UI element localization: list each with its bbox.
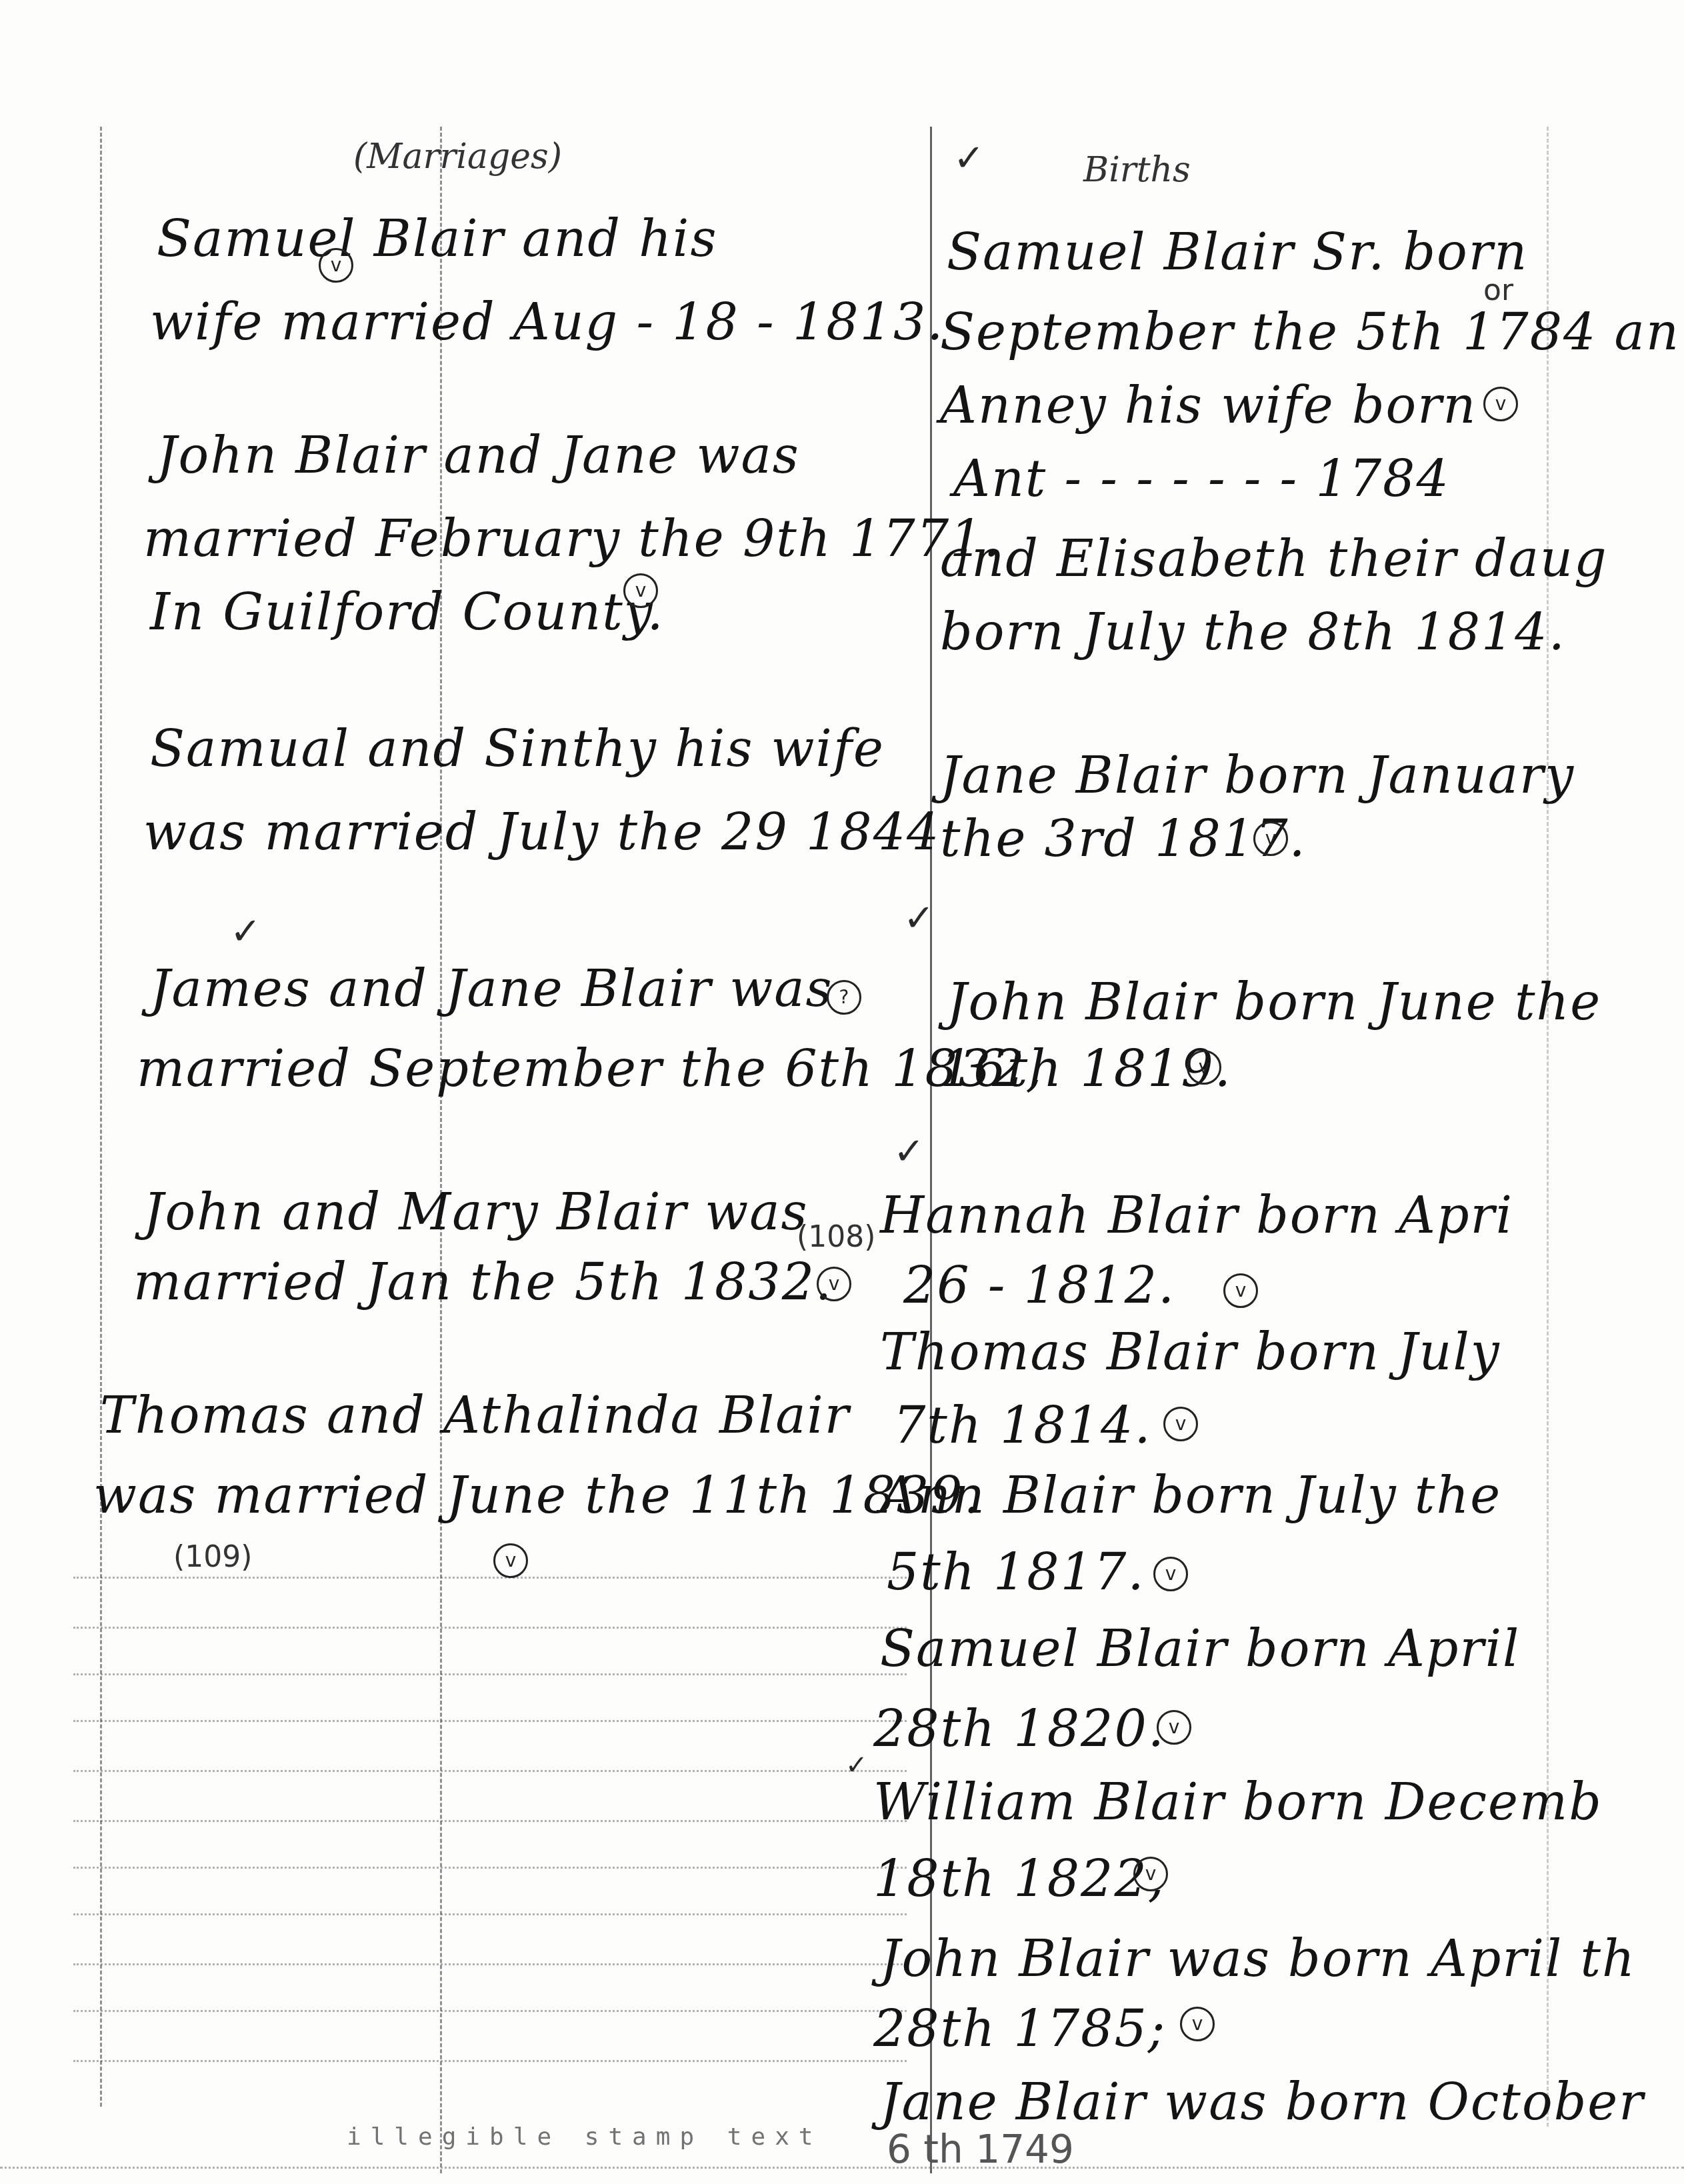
- check-circle-icon: v: [623, 573, 658, 608]
- marriage-entry-4-line-2: married September the 6th 1832,: [137, 1043, 1043, 1094]
- birth-entry-1-line-3: Anney his wife born: [940, 380, 1477, 431]
- marriage-entry-2-line-2: married February the 9th 1771.: [143, 513, 1001, 564]
- check-circle-icon: v: [1153, 1557, 1188, 1591]
- birth-entry-6-line-2: 5th 1817.: [887, 1547, 1145, 1597]
- birth-entry-8-line-2: 18th 1822,: [873, 1853, 1165, 1904]
- birth-entry-3-line-1: John Blair born June the: [947, 977, 1601, 1027]
- birth-entry-1-line-6: born July the 8th 1814.: [940, 607, 1566, 657]
- check-circle-icon: v: [1180, 2007, 1215, 2041]
- birth-entry-1-line-4: Ant - - - - - - - 1784: [953, 453, 1450, 504]
- page-edge-line: [0, 2167, 1684, 2169]
- check-circle-icon: v: [1133, 1857, 1168, 1891]
- birth-entry-9-line-1: John Blair was born April th: [880, 1933, 1636, 1984]
- birth-entry-7-line-1: Samuel Blair born April: [880, 1623, 1520, 1674]
- page-reference-note: (108): [797, 1220, 875, 1254]
- birth-entry-4-line-1: Hannah Blair born Apri: [880, 1190, 1513, 1241]
- marriage-entry-2-line-1: John Blair and Jane was: [157, 430, 800, 481]
- check-circle-icon: v: [1157, 1710, 1191, 1745]
- check-circle-icon: v: [319, 248, 353, 283]
- marriage-entry-1-line-1: Samuel Blair and his: [157, 213, 717, 264]
- birth-entry-8-line-1: William Blair born Decemb: [873, 1777, 1603, 1827]
- birth-entry-6-line-1: Ann Blair born July the: [880, 1470, 1501, 1521]
- checkmark-icon: ✓: [893, 1130, 925, 1173]
- marriage-entry-4-line-1: James and Jane Blair was: [150, 963, 833, 1014]
- birth-entry-7-line-2: 28th 1820.: [873, 1703, 1165, 1754]
- birth-entry-2-line-1: Jane Blair born January: [940, 750, 1575, 801]
- marriage-entry-2-line-3: In Guilford County.: [150, 587, 665, 637]
- births-heading: Births: [1083, 150, 1191, 190]
- birth-entry-9-line-2: 28th 1785;: [873, 2003, 1166, 2054]
- marriage-entry-5-line-2: married Jan the 5th 1832.: [133, 1257, 833, 1307]
- birth-entry-1-line-2: September the 5th 1784 an: [940, 307, 1680, 357]
- marriage-entry-3-line-2: was married July the 29 1844: [143, 807, 940, 857]
- check-circle-icon: v: [1163, 1407, 1198, 1441]
- check-circle-icon: v: [1223, 1273, 1258, 1308]
- check-circle-icon: v: [817, 1267, 851, 1301]
- checkmark-icon: ✓: [230, 910, 261, 953]
- ruled-line: [73, 1577, 907, 1579]
- birth-entry-4-line-2: 26 - 1812.: [903, 1260, 1175, 1311]
- photocopy-stamp: illegible stamp text: [347, 2123, 822, 2151]
- birth-entry-2-line-2: the 3rd 1817.: [940, 813, 1307, 864]
- ruled-line: [73, 1720, 907, 1722]
- birth-entry-1-line-1: Samuel Blair Sr. born: [947, 227, 1528, 277]
- checkmark-icon: ✓: [845, 1750, 868, 1781]
- ruled-line: [73, 1913, 907, 1915]
- ruled-line: [73, 1770, 907, 1772]
- checkmark-icon: ✓: [953, 137, 985, 180]
- marriages-heading: (Marriages): [353, 137, 562, 177]
- left-margin-line: [100, 127, 102, 2107]
- birth-entry-5-line-1: Thomas Blair born July: [880, 1327, 1501, 1377]
- check-circle-icon: v: [493, 1543, 528, 1578]
- ruled-line: [73, 1627, 907, 1629]
- ruled-line: [73, 2060, 907, 2062]
- marriage-entry-6-line-1: Thomas and Athalinda Blair: [100, 1390, 850, 1441]
- ruled-line: [73, 1963, 907, 1965]
- ruled-line: [73, 1867, 907, 1869]
- marriage-entry-1-line-2: wife married Aug - 18 - 1813.: [150, 297, 945, 347]
- check-circle-icon: v: [1253, 821, 1288, 856]
- check-circle-icon: v: [1483, 387, 1518, 421]
- ruled-line: [73, 1820, 907, 1822]
- birth-entry-5-line-2: 7th 1814.: [893, 1400, 1152, 1451]
- check-circle-icon: v: [1187, 1050, 1221, 1085]
- marriage-entry-6-line-2: was married June the 11th 1839.: [93, 1470, 981, 1521]
- checkmark-icon: ✓: [903, 897, 935, 940]
- page-reference-note: (109): [173, 1540, 252, 1574]
- question-circle-icon: ?: [827, 980, 861, 1015]
- ruled-line: [73, 2010, 907, 2012]
- pencil-date-addition: 6 th 1749: [887, 2127, 1074, 2172]
- ruled-line: [73, 1673, 907, 1675]
- marriage-entry-5-line-1: John and Mary Blair was: [143, 1187, 809, 1237]
- document-page: (Marriages) Samuel Blair and his wife ma…: [0, 0, 1684, 2184]
- birth-entry-1-line-5: and Elisabeth their daug: [940, 533, 1608, 584]
- birth-entry-10-line-1: Jane Blair was born October: [880, 2077, 1645, 2127]
- marriage-entry-3-line-1: Samual and Sinthy his wife: [150, 723, 885, 774]
